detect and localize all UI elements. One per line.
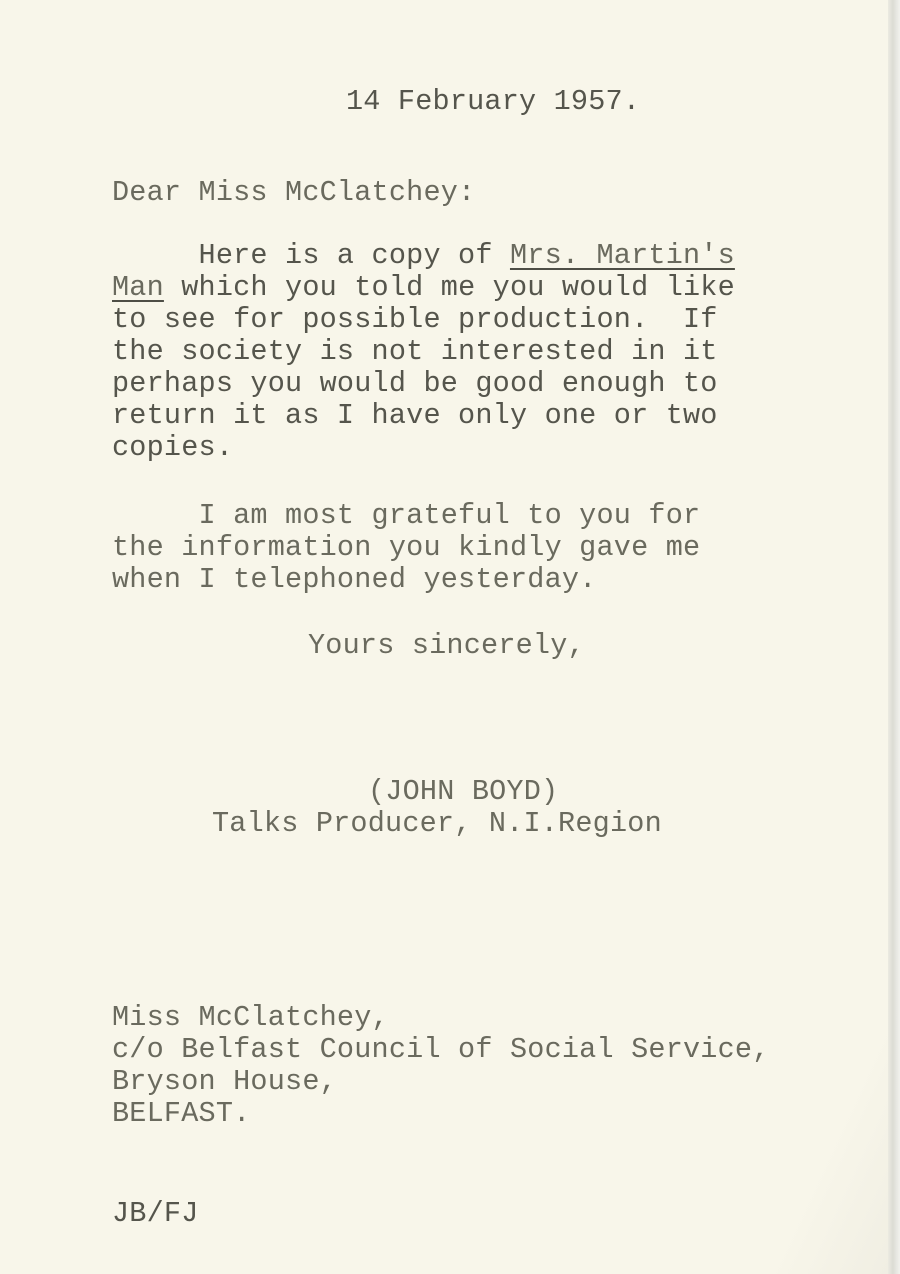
paragraph-2: I am most grateful to you forthe informa… (112, 500, 700, 596)
text-run: the society is not interested in it (112, 335, 718, 368)
play-title-underlined: Man (112, 271, 164, 304)
address-line: c/o Belfast Council of Social Service, (112, 1034, 770, 1066)
letter-page: 14 February 1957. Dear Miss McClatchey: … (0, 0, 900, 1274)
paper-fold-shade (768, 954, 888, 1274)
reference-initials: JB/FJ (112, 1198, 199, 1230)
paragraph-2-line: I am most grateful to you for (112, 500, 700, 532)
play-title-underlined: Mrs. Martin's (510, 239, 735, 272)
text-run: to see for possible production. If (112, 303, 718, 336)
paragraph-1-line: Here is a copy of Mrs. Martin's (112, 240, 735, 272)
letter-date: 14 February 1957. (346, 86, 640, 118)
paragraph-1-line: to see for possible production. If (112, 304, 735, 336)
paragraph-1: Here is a copy of Mrs. Martin'sMan which… (112, 240, 735, 464)
address-line: BELFAST. (112, 1098, 770, 1130)
salutation: Dear Miss McClatchey: (112, 177, 475, 209)
paragraph-1-line: copies. (112, 432, 735, 464)
paragraph-2-line: the information you kindly gave me (112, 532, 700, 564)
paragraph-1-line: perhaps you would be good enough to (112, 368, 735, 400)
closing: Yours sincerely, (308, 630, 585, 662)
text-run: Here is a copy of (112, 239, 510, 272)
signature-name: (JOHN BOYD) (368, 776, 558, 808)
paper-edge-shadow (888, 0, 900, 1274)
address-line: Miss McClatchey, (112, 1002, 770, 1034)
paragraph-2-line: when I telephoned yesterday. (112, 564, 700, 596)
paragraph-1-line: the society is not interested in it (112, 336, 735, 368)
signature-title: Talks Producer, N.I.Region (212, 808, 662, 840)
recipient-address: Miss McClatchey,c/o Belfast Council of S… (112, 1002, 770, 1130)
text-run: copies. (112, 431, 233, 464)
address-line: Bryson House, (112, 1066, 770, 1098)
paragraph-1-line: Man which you told me you would like (112, 272, 735, 304)
paragraph-1-line: return it as I have only one or two (112, 400, 735, 432)
text-run: which you told me you would like (164, 271, 735, 304)
text-run: perhaps you would be good enough to (112, 367, 718, 400)
text-run: return it as I have only one or two (112, 399, 718, 432)
